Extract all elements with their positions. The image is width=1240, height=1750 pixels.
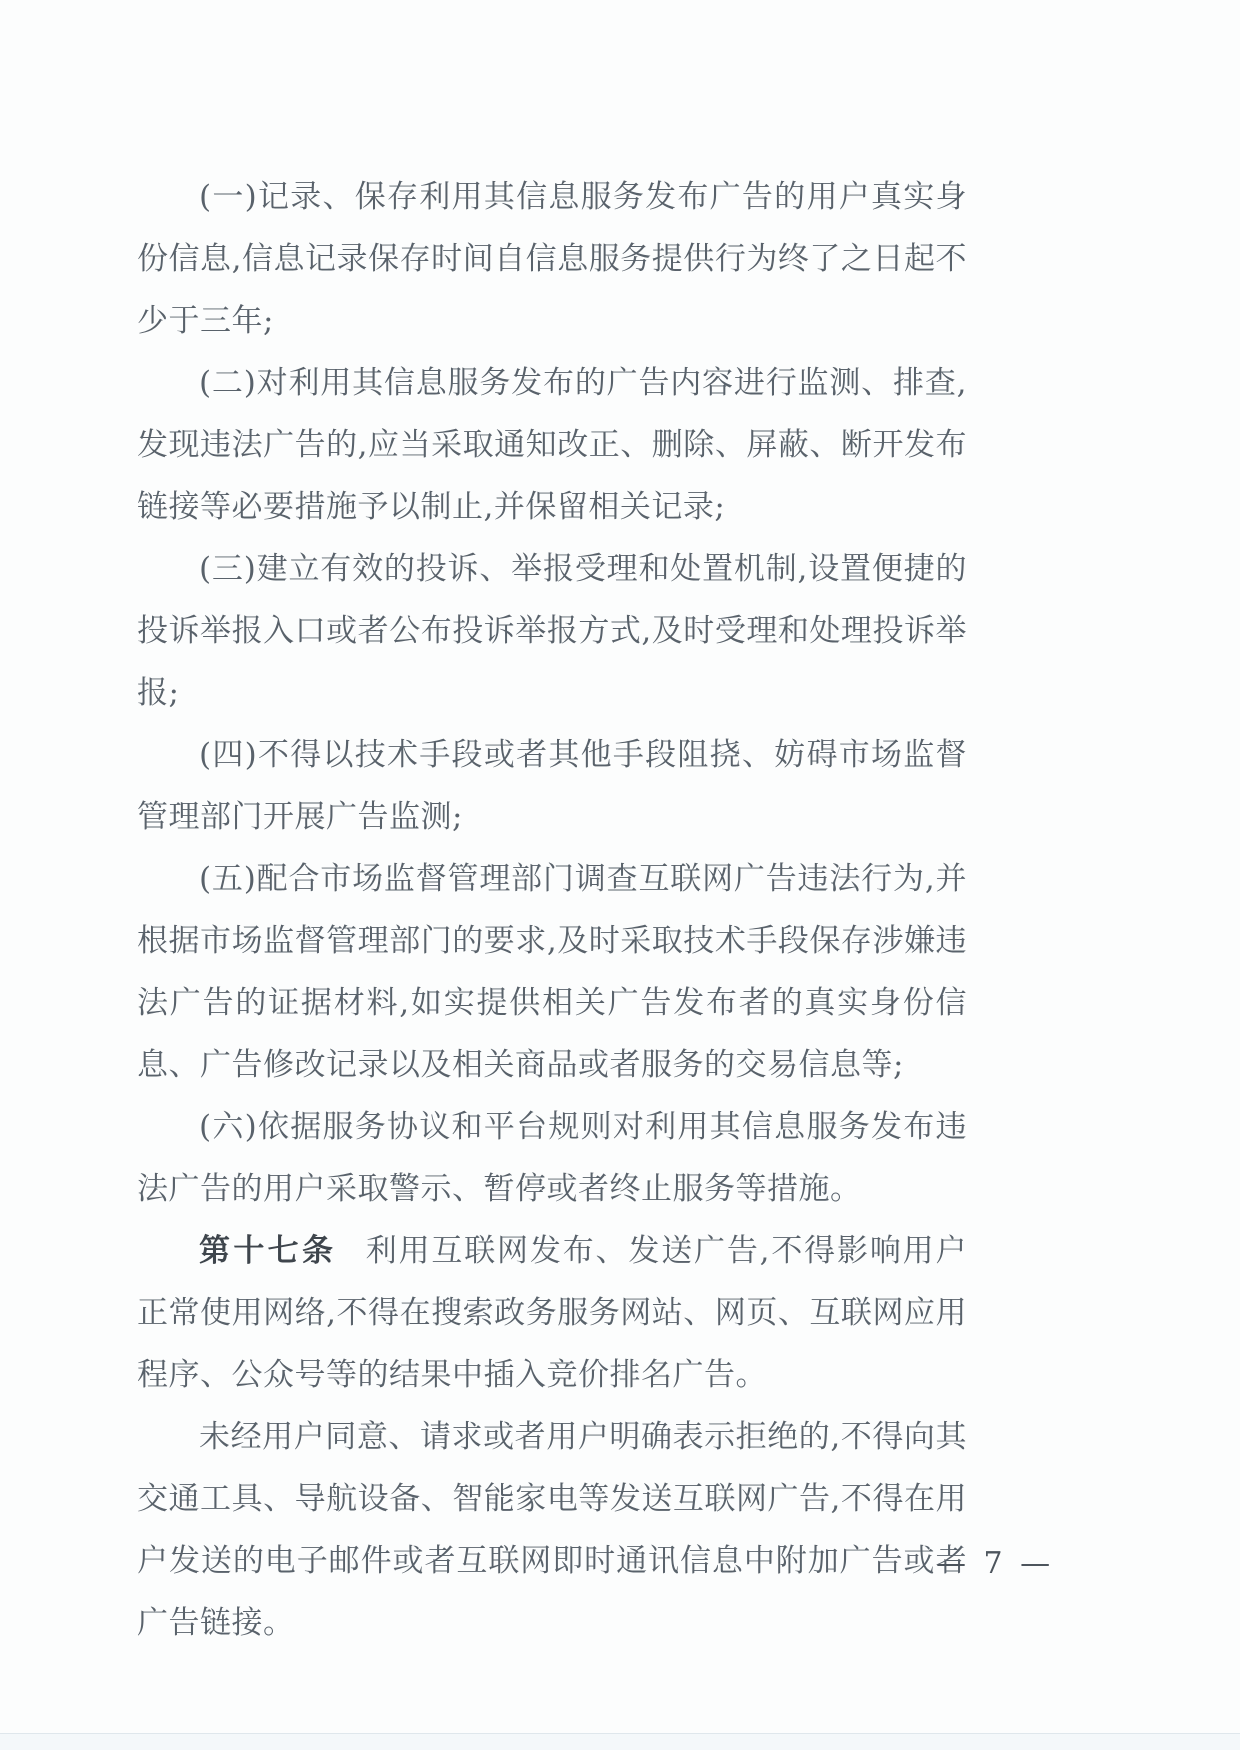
paragraph-item-2: (二)对利用其信息服务发布的广告内容进行监测、排查,发现违法广告的,应当采取通知… bbox=[137, 352, 967, 538]
paragraph-item-1: (一)记录、保存利用其信息服务发布广告的用户真实身份信息,信息记录保存时间自信息… bbox=[137, 166, 967, 352]
scan-bottom-edge bbox=[0, 1733, 1240, 1750]
scanned-document-page: (一)记录、保存利用其信息服务发布广告的用户真实身份信息,信息记录保存时间自信息… bbox=[0, 0, 1240, 1750]
paragraph-item-8: 未经用户同意、请求或者用户明确表示拒绝的,不得向其交通工具、导航设备、智能家电等… bbox=[137, 1406, 967, 1654]
paragraph-item-4: (四)不得以技术手段或者其他手段阻挠、妨碍市场监督管理部门开展广告监测; bbox=[137, 724, 967, 848]
article-number-label: 第十七条 bbox=[199, 1233, 336, 1269]
paragraph-item-5: (五)配合市场监督管理部门调查互联网广告违法行为,并根据市场监督管理部门的要求,… bbox=[137, 848, 967, 1096]
page-number: — 7 — bbox=[936, 1544, 1054, 1584]
paragraph-item-6: (六)依据服务协议和平台规则对利用其信息服务发布违法广告的用户采取警示、暂停或者… bbox=[137, 1096, 967, 1220]
paragraph-item-3: (三)建立有效的投诉、举报受理和处置机制,设置便捷的投诉举报入口或者公布投诉举报… bbox=[137, 538, 967, 724]
document-body: (一)记录、保存利用其信息服务发布广告的用户真实身份信息,信息记录保存时间自信息… bbox=[137, 166, 967, 1654]
paragraph-article-17: 第十七条利用互联网发布、发送广告,不得影响用户正常使用网络,不得在搜索政务服务网… bbox=[137, 1220, 967, 1406]
